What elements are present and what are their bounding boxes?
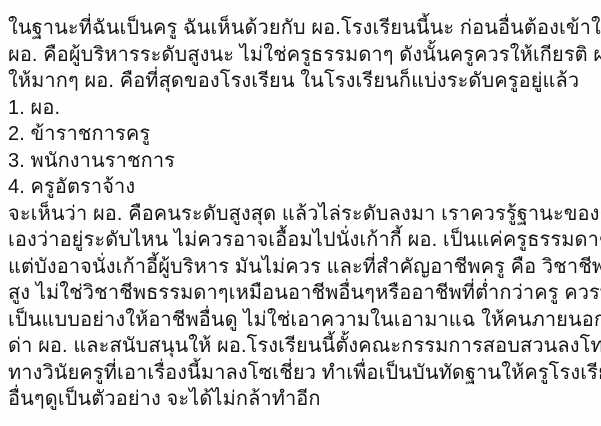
list-item: 3. พนักงานราชการ xyxy=(8,148,595,175)
text-line: จะเห็นว่า ผอ. คือคนระดับสูงสุด แล้วไล่ระ… xyxy=(8,201,595,228)
text-line: ให้มากๆ ผอ. คือที่สุดของโรงเรียน ในโรงเร… xyxy=(8,68,595,95)
paragraph-intro: ในฐานะที่ฉันเป็นครู ฉันเห็นด้วยกับ ผอ.โร… xyxy=(8,15,595,95)
text-line: อื่นๆดูเป็นตัวอย่าง จะได้ไม่กล้าทำอีก xyxy=(8,386,595,413)
text-line: ผอ. คือผู้บริหารระดับสูงนะ ไม่ใช่ครูธรรม… xyxy=(8,42,595,69)
text-line: สูง ไม่ใช่วิชาชีพธรรมดาๆเหมือนอาชีพอื่นๆ… xyxy=(8,280,595,307)
text-line: แต่บังอาจนั่งเก้าอี้ผู้บริหาร มันไม่ควร … xyxy=(8,254,595,281)
list-item: 1. ผอ. xyxy=(8,95,595,122)
list-item: 4. ครูอัตราจ้าง xyxy=(8,174,595,201)
teacher-rank-list: 1. ผอ. 2. ข้าราชการครู 3. พนักงานราชการ … xyxy=(8,95,595,201)
text-line: ทางวินัยครูที่เอาเรื่องนี้มาลงโซเชี่ยว ท… xyxy=(8,360,595,387)
document-page: ในฐานะที่ฉันเป็นครู ฉันเห็นด้วยกับ ผอ.โร… xyxy=(0,0,601,426)
text-line: ด่า ผอ. และสนับสนุนให้ ผอ.โรงเรียนนี้ตั้… xyxy=(8,333,595,360)
list-item: 2. ข้าราชการครู xyxy=(8,121,595,148)
text-line: เป็นแบบอย่างให้อาชีพอื่นดู ไม่ใช่เอาความ… xyxy=(8,307,595,334)
comment-text-block: ในฐานะที่ฉันเป็นครู ฉันเห็นด้วยกับ ผอ.โร… xyxy=(8,15,595,413)
paragraph-opinion: จะเห็นว่า ผอ. คือคนระดับสูงสุด แล้วไล่ระ… xyxy=(8,201,595,413)
text-line: ในฐานะที่ฉันเป็นครู ฉันเห็นด้วยกับ ผอ.โร… xyxy=(8,15,595,42)
text-line: เองว่าอยู่ระดับไหน ไม่ควรอาจเอื้อมไปนั่ง… xyxy=(8,227,595,254)
